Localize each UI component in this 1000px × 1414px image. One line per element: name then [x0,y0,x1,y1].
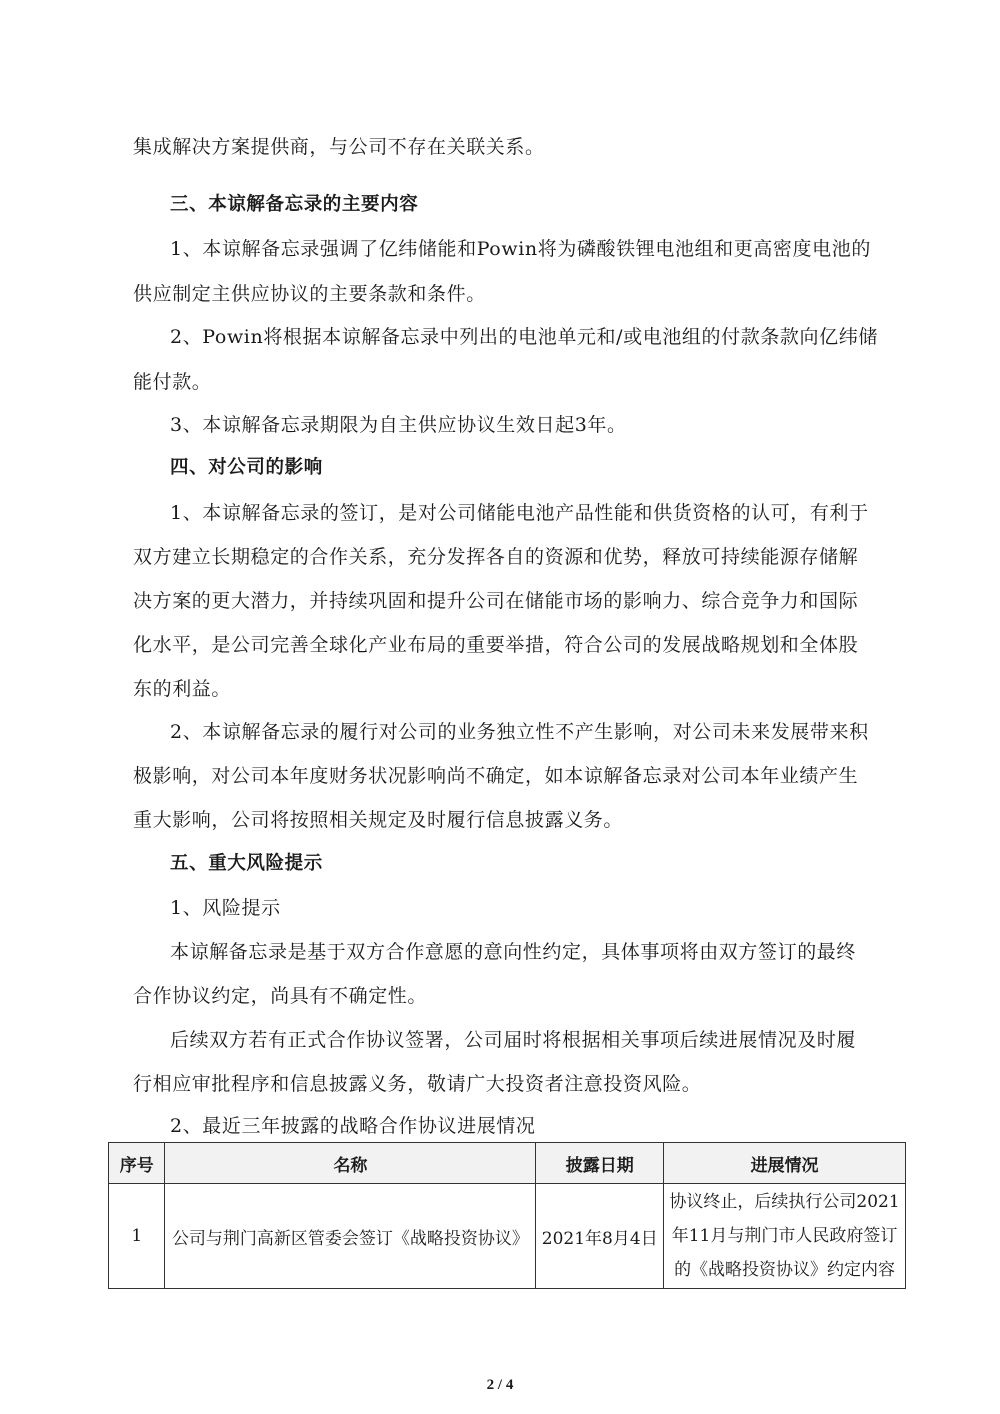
paragraph-line: 双方建立长期稳定的合作关系，充分发挥各自的资源和优势，释放可持续能源存储解 [133,545,858,569]
paragraph-line: 东的利益。 [133,677,231,701]
paragraph-line: 极影响，对公司本年度财务状况影响尚不确定，如本谅解备忘录对公司本年业绩产生 [133,764,858,788]
section-heading: 五、重大风险提示 [170,852,323,876]
cell-seq: 1 [109,1184,165,1289]
header-date: 披露日期 [536,1143,664,1184]
table-header-row: 序号 名称 披露日期 进展情况 [109,1143,906,1184]
paragraph-line: 集成解决方案提供商，与公司不存在关联关系。 [133,135,545,159]
paragraph-line: 1、本谅解备忘录强调了亿纬储能和Powin将为磷酸铁锂电池组和更高密度电池的 [170,237,871,261]
paragraph-line: 合作协议约定，尚具有不确定性。 [133,984,427,1008]
paragraph-line: 决方案的更大潜力，并持续巩固和提升公司在储能市场的影响力、综合竞争力和国际 [133,589,858,613]
paragraph-line: 后续双方若有正式合作协议签署，公司届时将根据相关事项后续进展情况及时履 [170,1028,856,1052]
page-number: 2 / 4 [0,1377,1000,1394]
header-progress: 进展情况 [664,1143,906,1184]
paragraph-line: 2、Powin将根据本谅解备忘录中列出的电池单元和/或电池组的付款条款向亿纬储 [170,325,878,349]
cell-progress: 协议终止，后续执行公司2021年11月与荆门市人民政府签订的《战略投资协议》约定… [664,1184,906,1289]
section-heading: 三、本谅解备忘录的主要内容 [170,193,418,217]
paragraph-line: 供应制定主供应协议的主要条款和条件。 [133,282,486,306]
paragraph-line: 2、本谅解备忘录的履行对公司的业务独立性不产生影响，对公司未来发展带来积 [170,720,869,744]
strategic-agreement-progress-table: 序号 名称 披露日期 进展情况 1 公司与荆门高新区管委会签订《战略投资协议》 … [108,1142,906,1289]
paragraph-line: 本谅解备忘录是基于双方合作意愿的意向性约定，具体事项将由双方签订的最终 [170,940,856,964]
document-page: 集成解决方案提供商，与公司不存在关联关系。三、本谅解备忘录的主要内容1、本谅解备… [0,0,1000,1414]
paragraph-line: 1、本谅解备忘录的签订，是对公司储能电池产品性能和供货资格的认可，有利于 [170,501,869,525]
paragraph-line: 2、最近三年披露的战略合作协议进展情况 [170,1114,536,1138]
table-row: 1 公司与荆门高新区管委会签订《战略投资协议》 2021年8月4日 协议终止，后… [109,1184,906,1289]
paragraph-line: 化水平，是公司完善全球化产业布局的重要举措，符合公司的发展战略规划和全体股 [133,633,858,657]
paragraph-line: 1、风险提示 [170,896,281,920]
header-seq: 序号 [109,1143,165,1184]
section-heading: 四、对公司的影响 [170,456,323,480]
paragraph-line: 能付款。 [133,370,211,394]
paragraph-line: 3、本谅解备忘录期限为自主供应协议生效日起3年。 [170,413,627,437]
paragraph-line: 行相应审批程序和信息披露义务，敬请广大投资者注意投资风险。 [133,1072,701,1096]
paragraph-line: 重大影响，公司将按照相关规定及时履行信息披露义务。 [133,808,623,832]
header-name: 名称 [165,1143,536,1184]
cell-name: 公司与荆门高新区管委会签订《战略投资协议》 [165,1184,536,1289]
cell-date: 2021年8月4日 [536,1184,664,1289]
